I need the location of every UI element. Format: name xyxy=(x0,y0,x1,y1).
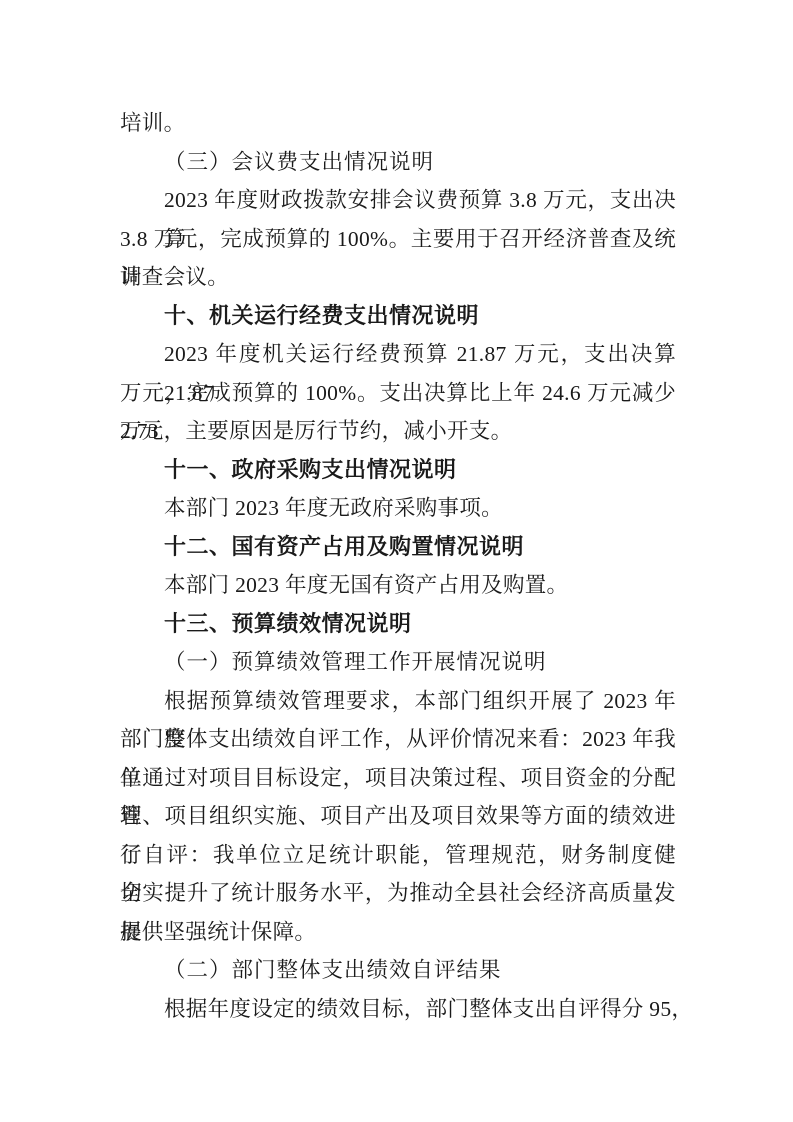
paragraph-line: 万元，主要原因是厉行节约，减小开支。 xyxy=(120,412,676,451)
paragraph-line: 2023 年度财政拨款安排会议费预算 3.8 万元，支出决算 xyxy=(120,181,676,220)
paragraph-line: 根据年度设定的绩效目标，部门整体支出自评得分 95， xyxy=(120,990,676,1029)
subsection-heading: （三）会议费支出情况说明 xyxy=(120,143,676,182)
section-heading: 十二、国有资产占用及购置情况说明 xyxy=(120,528,676,567)
paragraph-line: 培训。 xyxy=(120,104,676,143)
section-heading: 十、机关运行经费支出情况说明 xyxy=(120,297,676,336)
paragraph-line: 万元，完成预算的 100%。支出决算比上年 24.6 万元减少 2.73 xyxy=(120,374,676,413)
paragraph-line: 本部门 2023 年度无国有资产占用及购置。 xyxy=(120,566,676,605)
section-heading: 十一、政府采购支出情况说明 xyxy=(120,451,676,490)
paragraph-line: 根据预算绩效管理要求，本部门组织开展了 2023 年度 xyxy=(120,682,676,721)
paragraph-line: 2023 年度机关运行经费预算 21.87 万元，支出决算 21.87 xyxy=(120,335,676,374)
paragraph-line: 3.8 万元，完成预算的 100%。主要用于召开经济普查及统计 xyxy=(120,220,676,259)
section-heading: 十三、预算绩效情况说明 xyxy=(120,605,676,644)
paragraph-line: 了自评：我单位立足统计职能，管理规范，财务制度健全， xyxy=(120,836,676,875)
document-content: 培训。 （三）会议费支出情况说明 2023 年度财政拨款安排会议费预算 3.8 … xyxy=(120,104,676,1028)
paragraph-line: 理、项目组织实施、项目产出及项目效果等方面的绩效进行 xyxy=(120,797,676,836)
paragraph-line: 调查会议。 xyxy=(120,258,676,297)
subsection-heading: （一）预算绩效管理工作开展情况说明 xyxy=(120,643,676,682)
paragraph-line: 提供坚强统计保障。 xyxy=(120,913,676,952)
subsection-heading: （二）部门整体支出绩效自评结果 xyxy=(120,951,676,990)
paragraph-line: 切实提升了统计服务水平，为推动全县社会经济高质量发展 xyxy=(120,874,676,913)
paragraph-line: 部门整体支出绩效自评工作，从评价情况来看：2023 年我单 xyxy=(120,720,676,759)
document-page: 培训。 （三）会议费支出情况说明 2023 年度财政拨款安排会议费预算 3.8 … xyxy=(0,0,793,1122)
paragraph-line: 位通过对项目目标设定，项目决策过程、项目资金的分配管 xyxy=(120,759,676,798)
paragraph-line: 本部门 2023 年度无政府采购事项。 xyxy=(120,489,676,528)
